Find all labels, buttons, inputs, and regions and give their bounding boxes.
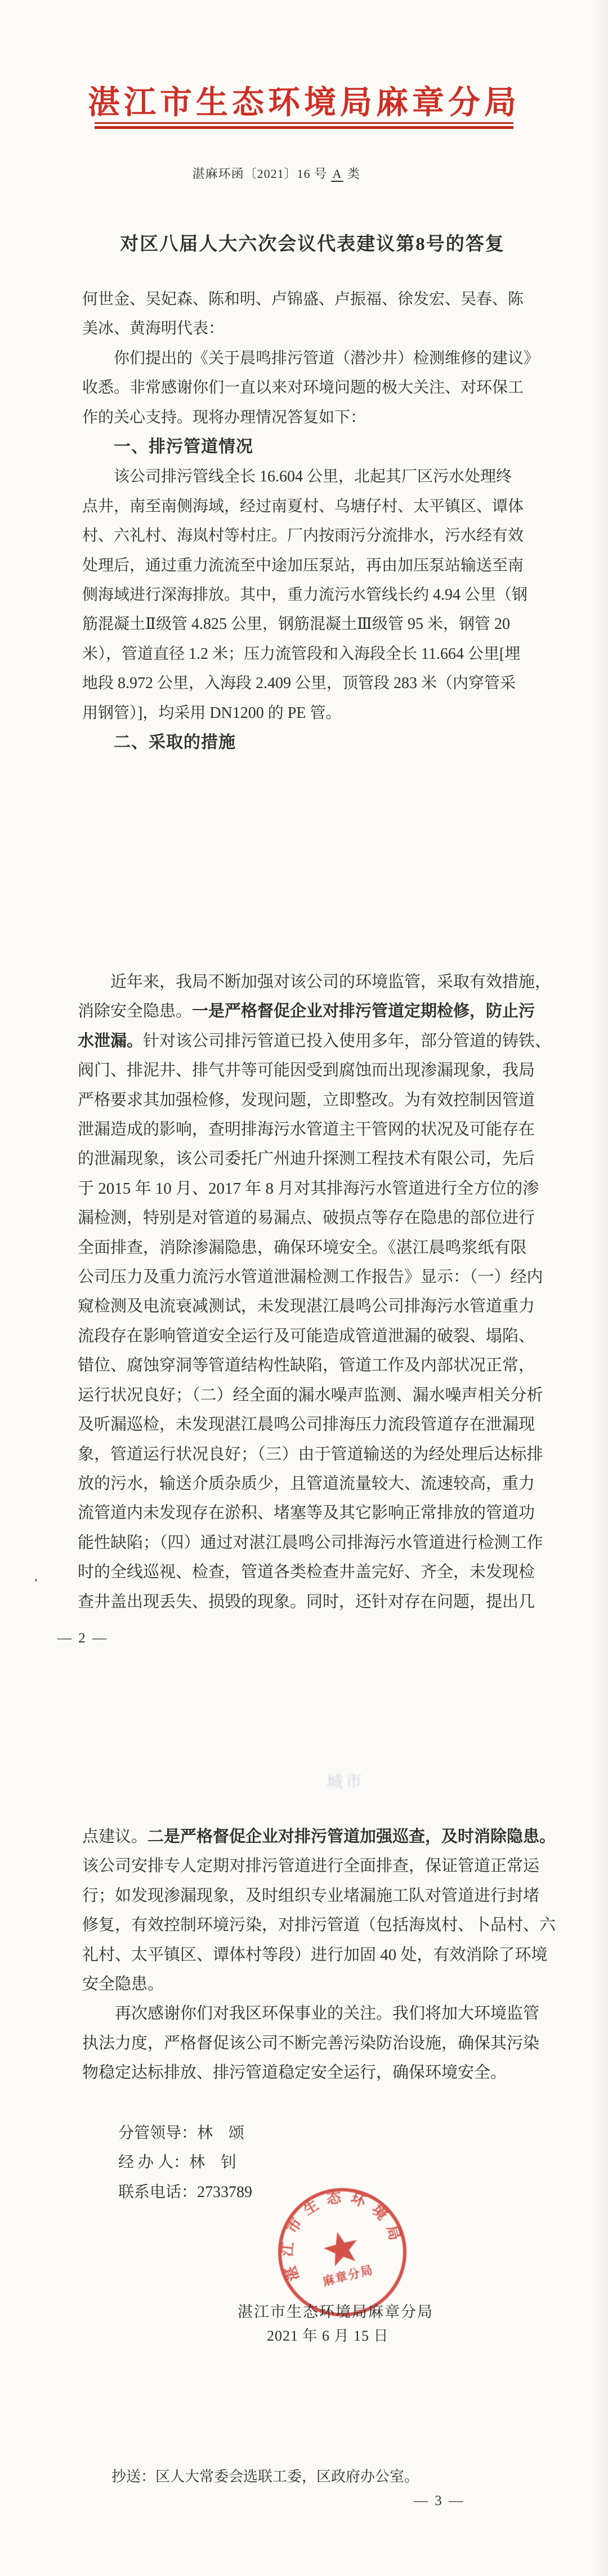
text-run: 行；如发现渗漏现象，及时组织专业堵漏施工队对管道进行封堵 [82, 1887, 539, 1905]
page1-body-text: 何世金、吴妃森、陈和明、卢锦盛、卢振福、徐发宏、吴春、陈美冰、黄海明代表：你们提… [82, 285, 539, 758]
doc-number-prefix: 湛麻环函〔2021〕16 号 [193, 167, 331, 181]
text-line: 收悉。非常感谢你们一直以来对环境问题的极大关注、对环保工 [82, 373, 539, 403]
text-run: 经 办 人：林 钊 [118, 2154, 236, 2171]
text-run: 修复，有效控制环境污染，对排污管道（包括海岚村、卜品村、六 [82, 1916, 556, 1934]
seal-banner-text: 麻章分局 [321, 2263, 375, 2289]
text-line: 公司压力及重力流污水管道泄漏检测工作报告》显示：（一）经内 [78, 1262, 569, 1292]
text-line: 该公司安排专人定期对排污管道进行全面排查，保证管道正常运 [82, 1851, 562, 1881]
text-line: 物稳定达标排放、排污管道稳定安全运行，确保环境安全。 [82, 2058, 562, 2087]
text-line: 的泄漏现象，该公司委托广州迪升探测工程技术有限公司，先后 [78, 1144, 569, 1173]
text-run: 侧海域进行深海排放。其中，重力流污水管线长约 4.94 公里（钢 [82, 586, 527, 604]
document-page: 湛江市生态环境局麻章分局 湛麻环函〔2021〕16 号 A 类 对区八届人大六次… [0, 0, 608, 2576]
text-line: 处理后，通过重力流流至中途加压泵站，再由加压泵站输送至南 [82, 551, 539, 581]
text-run: 时的全线巡视、检查，管道各类检查井盖完好、齐全，未发现检 [78, 1563, 535, 1581]
text-run: 针对该公司排污管道已投入使用多年，部分管道的铸铁、 [143, 1032, 551, 1050]
bold-text-run: 水泄漏。 [78, 1032, 143, 1050]
text-line: 水泄漏。针对该公司排污管道已投入使用多年，部分管道的铸铁、 [78, 1026, 569, 1056]
text-run: 近年来，我局不断加强对该公司的环境监管，采取有效措施， [110, 973, 551, 991]
text-run: 筋混凝土Ⅱ级管 4.825 公里，钢筋混凝土Ⅲ级管 95 米，钢管 20 [82, 615, 510, 633]
text-run: 象，管道运行状况良好；（三）由于管道输送的为经处理后达标排 [78, 1445, 543, 1463]
text-line: 严格要求其加强检修，发现问题，立即整改。为有效控制因管道 [78, 1086, 569, 1115]
text-line: 侧海域进行深海排放。其中，重力流污水管线长约 4.94 公里（钢 [82, 581, 539, 610]
text-line: 点建议。二是严格督促企业对排污管道加强巡查，及时消除隐患。 [82, 1822, 562, 1851]
text-line: 放的污水，输送介质杂质少，且管道流量较大、流速较高，重力 [78, 1469, 569, 1498]
section-heading-line: 一、排污管道情况 [82, 432, 539, 462]
scan-edge-shade [591, 0, 608, 2576]
text-run: 物稳定达标排放、排污管道稳定安全运行，确保环境安全。 [82, 2064, 507, 2082]
page-number-3: — 3 — [414, 2493, 464, 2509]
text-run: 运行状况良好；（二）经全面的漏水噪声监测、漏水噪声相关分析 [78, 1386, 543, 1404]
text-run: 点建议。 [82, 1828, 147, 1846]
text-line: 筋混凝土Ⅱ级管 4.825 公里，钢筋混凝土Ⅲ级管 95 米，钢管 20 [82, 610, 539, 639]
text-line: 于 2015 年 10 月、2017 年 8 月对其排海污水管道进行全方位的渗 [78, 1174, 569, 1203]
text-run: 地段 8.972 公里，入海段 2.409 公里，顶管段 283 米（内穿管采 [82, 675, 516, 692]
text-run: 阀门、排泥井、排气井等可能因受到腐蚀而出现渗漏现象，我局 [78, 1061, 535, 1079]
text-run: 联系电话：2733789 [118, 2184, 252, 2201]
text-run: 错位、腐蚀穿洞等管道结构性缺陷，管道工作及内部状况正常， [78, 1356, 535, 1374]
text-line: 窥检测及电流衰减测试，未发现湛江晨鸣公司排海污水管道重力 [78, 1292, 569, 1321]
text-run: 再次感谢你们对我区环保事业的关注。我们将加大环境监管 [115, 2004, 539, 2023]
signoff-block: 分管领导：林 颂经 办 人：林 钊联系电话：2733789 [118, 2119, 252, 2207]
bold-text-run: 一是严格督促企业对排污管道定期检修，防止污 [192, 1002, 535, 1020]
letterhead-rule-thin [95, 122, 513, 124]
letterhead-rule-thick [95, 126, 513, 129]
cc-distribution-line: 抄送：区人大常委会选联工委，区政府办公室。 [111, 2465, 419, 2486]
text-run: 用钢管）]，均采用 DN1200 的 PE 管。 [82, 704, 341, 722]
text-run: 漏检测，特别是对管道的易漏点、破损点等存在隐患的部位进行 [78, 1209, 535, 1227]
text-line: 阀门、排泥井、排气井等可能因受到腐蚀而出现渗漏现象，我局 [78, 1056, 569, 1085]
text-run: 查井盖出现丢失、损毁的现象。同时，还针对存在问题，提出几 [78, 1593, 535, 1611]
text-line: 再次感谢你们对我区环保事业的关注。我们将加大环境监管 [82, 1999, 562, 2028]
text-run: 该公司安排专人定期对排污管道进行全面排查，保证管道正常运 [82, 1857, 539, 1875]
doc-class-letter: A [331, 167, 344, 182]
text-line: 流段存在影响管道安全运行及可能造成管道泄漏的破裂、塌陷、 [78, 1322, 569, 1351]
bold-text-run: 二、采取的措施 [114, 733, 236, 752]
text-run: 及听漏巡检，未发现湛江晨鸣公司排海压力流段管道存在泄漏现 [78, 1416, 535, 1434]
text-run: 窥检测及电流衰减测试，未发现湛江晨鸣公司排海污水管道重力 [78, 1297, 535, 1315]
text-line: 时的全线巡视、检查，管道各类检查井盖完好、齐全，未发现检 [78, 1557, 569, 1587]
page3-body-text: 点建议。二是严格督促企业对排污管道加强巡查，及时消除隐患。该公司安排专人定期对排… [82, 1822, 562, 2088]
text-line: 行；如发现渗漏现象，及时组织专业堵漏施工队对管道进行封堵 [82, 1881, 562, 1910]
section-heading-line: 二、采取的措施 [82, 728, 539, 758]
text-line: 礼村、太平镇区、谭体村等段）进行加固 40 处，有效消除了环境 [82, 1940, 562, 1970]
text-run: 执法力度，严格督促该公司不断完善污染防治设施，确保其污染 [82, 2034, 539, 2052]
text-run: 严格要求其加强检修，发现问题，立即整改。为有效控制因管道 [78, 1091, 535, 1109]
doc-number-suffix: 类 [343, 167, 360, 181]
text-run: 于 2015 年 10 月、2017 年 8 月对其排海污水管道进行全方位的渗 [78, 1180, 539, 1198]
text-line: 作的关心支持。现将办理情况答复如下： [82, 403, 539, 432]
text-run: 消除安全隐患。 [78, 1002, 192, 1020]
text-line: 何世金、吴妃森、陈和明、卢锦盛、卢振福、徐发宏、吴春、陈 [82, 285, 539, 314]
doc-number: 湛麻环函〔2021〕16 号 A 类 [169, 164, 360, 182]
page-number-2: — 2 — [57, 1631, 108, 1646]
text-line: 泄漏造成的影响，查明排海污水管道主干管网的状况及可能存在 [78, 1115, 569, 1144]
text-run: 何世金、吴妃森、陈和明、卢锦盛、卢振福、徐发宏、吴春、陈 [82, 291, 524, 308]
text-run: 作的关心支持。现将办理情况答复如下： [82, 409, 366, 426]
text-run: 全面排查，消除渗漏隐患，确保环境安全。《湛江晨鸣浆纸有限 [78, 1239, 527, 1257]
text-run: 你们提出的《关于晨鸣排污管道（潜沙井）检测维修的建议》 [114, 350, 539, 367]
text-line: 执法力度，严格督促该公司不断完善污染防治设施，确保其污染 [82, 2029, 562, 2058]
text-line: 你们提出的《关于晨鸣排污管道（潜沙井）检测维修的建议》 [82, 344, 539, 373]
text-run: 处理后，通过重力流流至中途加压泵站，再由加压泵站输送至南 [82, 557, 524, 574]
page2-body-text: 近年来，我局不断加强对该公司的环境监管，采取有效措施，消除安全隐患。一是严格督促… [78, 967, 569, 1617]
text-line: 流管道内未发现存在淤积、堵塞等及其它影响正常排放的管道功 [78, 1498, 569, 1528]
text-run: 分管领导：林 颂 [118, 2124, 244, 2142]
signature-agency: 湛江市生态环境局麻章分局 [238, 2300, 433, 2321]
text-run: 村、六礼村、海岚村等村庄。厂内按雨污分流排水，污水经有效 [82, 527, 524, 544]
text-line: 象，管道运行状况良好；（三）由于管道输送的为经处理后达标排 [78, 1440, 569, 1469]
text-line: 村、六礼村、海岚村等村庄。厂内按雨污分流排水，污水经有效 [82, 521, 539, 551]
text-run: 放的污水，输送介质杂质少，且管道流量较大、流速较高，重力 [78, 1475, 535, 1493]
text-run: 流管道内未发现存在淤积、堵塞等及其它影响正常排放的管道功 [78, 1504, 535, 1522]
seal-ring-text: 湛江市生态环境局 [266, 2175, 408, 2284]
text-line: 及听漏巡检，未发现湛江晨鸣公司排海压力流段管道存在泄漏现 [78, 1410, 569, 1439]
text-line: 经 办 人：林 钊 [118, 2148, 252, 2177]
text-line: 联系电话：2733789 [118, 2178, 252, 2207]
document-title: 对区八届人大六次会议代表建议第8号的答复 [17, 229, 608, 256]
agency-letterhead: 湛江市生态环境局麻章分局 [0, 77, 608, 123]
text-line: 米），管道直径 1.2 米；压力流管段和入海段全长 11.664 公里[埋 [82, 640, 539, 669]
signature-date: 2021 年 6 月 15 日 [267, 2324, 389, 2345]
text-line: 消除安全隐患。一是严格督促企业对排污管道定期检修，防止污 [78, 997, 569, 1026]
scan-speck [35, 1579, 37, 1582]
text-run: 米），管道直径 1.2 米；压力流管段和入海段全长 11.664 公里[埋 [82, 645, 520, 663]
text-line: 近年来，我局不断加强对该公司的环境监管，采取有效措施， [78, 967, 569, 997]
text-line: 错位、腐蚀穿洞等管道结构性缺陷，管道工作及内部状况正常， [78, 1351, 569, 1380]
text-run: 流段存在影响管道安全运行及可能造成管道泄漏的破裂、塌陷、 [78, 1327, 535, 1345]
text-line: 漏检测，特别是对管道的易漏点、破损点等存在隐患的部位进行 [78, 1203, 569, 1233]
text-line: 运行状况良好；（二）经全面的漏水噪声监测、漏水噪声相关分析 [78, 1381, 569, 1410]
text-line: 能性缺陷；（四）通过对湛江晨鸣公司排海污水管道进行检测工作 [78, 1528, 569, 1557]
text-run: 礼村、太平镇区、谭体村等段）进行加固 40 处，有效消除了环境 [82, 1946, 548, 1964]
text-line: 点井，南至南侧海域，经过南夏村、乌塘仔村、太平镇区、谭体 [82, 492, 539, 521]
text-run: 美冰、黄海明代表： [82, 320, 224, 337]
text-run: 点井，南至南侧海域，经过南夏村、乌塘仔村、太平镇区、谭体 [82, 498, 524, 515]
text-line: 该公司排污管线全长 16.604 公里，北起其厂区污水处理终 [82, 462, 539, 492]
text-run: 安全隐患。 [82, 1975, 164, 1993]
text-run: 泄漏造成的影响，查明排海污水管道主干管网的状况及可能存在 [78, 1120, 535, 1139]
text-line: 查井盖出现丢失、损毁的现象。同时，还针对存在问题，提出几 [78, 1587, 569, 1617]
text-run: 收悉。非常感谢你们一直以来对环境问题的极大关注、对环保工 [82, 379, 524, 396]
text-line: 全面排查，消除渗漏隐患，确保环境安全。《湛江晨鸣浆纸有限 [78, 1233, 569, 1262]
text-line: 美冰、黄海明代表： [82, 314, 539, 343]
bleedthrough-artifact: 城市 [326, 1769, 365, 1793]
seal-star-icon [321, 2228, 362, 2268]
bold-text-run: 一、排污管道情况 [114, 437, 253, 456]
bold-text-run: 二是严格督促企业对排污管道加强巡查，及时消除隐患。 [147, 1828, 556, 1846]
text-run: 公司压力及重力流污水管道泄漏检测工作报告》显示：（一）经内 [78, 1268, 543, 1286]
text-line: 分管领导：林 颂 [118, 2119, 252, 2148]
text-run: 能性缺陷；（四）通过对湛江晨鸣公司排海污水管道进行检测工作 [78, 1534, 543, 1552]
text-run: 的泄漏现象，该公司委托广州迪升探测工程技术有限公司，先后 [78, 1150, 535, 1168]
text-run: 该公司排污管线全长 16.604 公里，北起其厂区污水处理终 [114, 468, 512, 485]
text-line: 用钢管）]，均采用 DN1200 的 PE 管。 [82, 699, 539, 728]
text-line: 地段 8.972 公里，入海段 2.409 公里，顶管段 283 米（内穿管采 [82, 669, 539, 698]
text-line: 安全隐患。 [82, 1970, 562, 1999]
text-line: 修复，有效控制环境污染，对排污管道（包括海岚村、卜品村、六 [82, 1910, 562, 1940]
